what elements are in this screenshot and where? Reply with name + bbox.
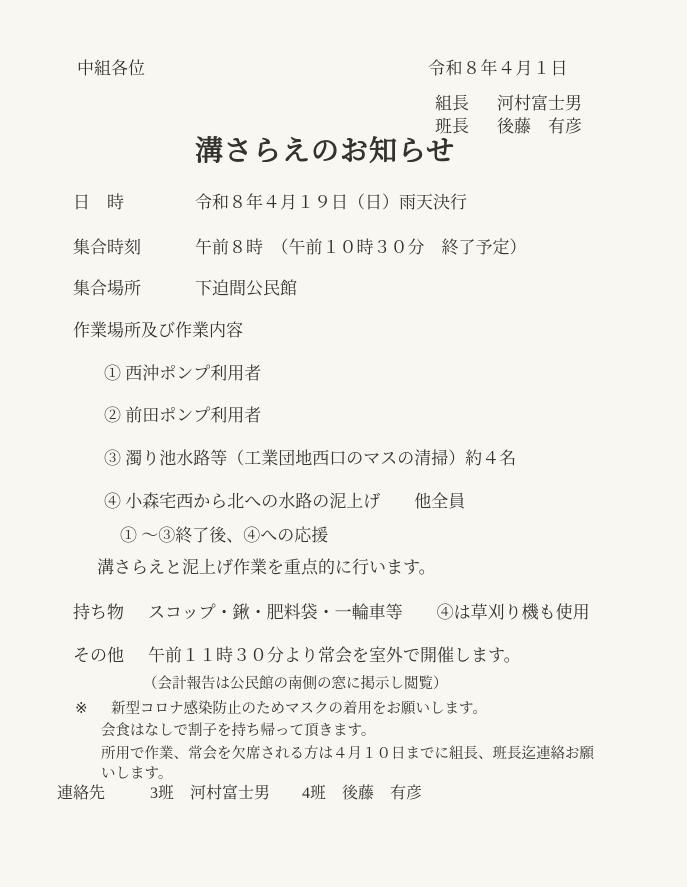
- detail-value: 午前８時 （午前１０時３０分 終了予定）: [195, 237, 527, 258]
- other-value: 午前１１時３０分より常会を室外で開催します。: [148, 645, 521, 666]
- work-follow-up-note: ① ～③終了後、④への応援: [120, 525, 328, 546]
- belongings-label: 持ち物: [73, 602, 148, 623]
- work-summary: 溝さらえと泥上げ作業を重点的に行います。: [97, 557, 436, 578]
- work-item-2: ② 前田ポンプ利用者: [104, 405, 261, 426]
- signer-row-hancho: 班長 後藤 有彦: [435, 116, 582, 137]
- recipient: 中組各位: [77, 58, 145, 79]
- remark-absence-line1: 所用で作業、常会を欠席される方は４月１０日までに組長、班長迄連絡お願: [101, 745, 594, 763]
- row-datetime: 日 時 令和８年４月１９日（日）雨天決行: [73, 192, 467, 213]
- row-belongings: 持ち物 スコップ・鍬・肥料袋・一輪車等 ④は草刈り機も使用: [73, 602, 590, 623]
- reference-mark: ※: [75, 700, 111, 719]
- notice-document: 中組各位 令和８年４月１日 組長 河村富士男 班長 後藤 有彦 溝さらえのお知ら…: [0, 0, 687, 887]
- work-item-4: ④ 小森宅西から北への水路の泥上げ 他全員: [104, 491, 465, 512]
- remark-covid-text: 新型コロナ感染防止のためマスクの着用をお願いします。: [111, 700, 487, 719]
- remark-covid: ※ 新型コロナ感染防止のためマスクの着用をお願いします。: [75, 700, 487, 719]
- signer-name: 後藤 有彦: [497, 116, 582, 137]
- signer-name: 河村富士男: [497, 93, 582, 114]
- remark-absence-line2: いします。: [101, 765, 172, 783]
- signer-row-kumicho: 組長 河村富士男: [435, 93, 582, 114]
- row-meeting-time: 集合時刻 午前８時 （午前１０時３０分 終了予定）: [73, 237, 527, 258]
- detail-label: 日 時: [73, 192, 195, 213]
- detail-value: 下迫間公民館: [195, 278, 297, 299]
- remark-meal: 会食はなしで割子を持ち帰って頂きます。: [101, 722, 375, 740]
- row-other: その他 午前１１時３０分より常会を室外で開催します。: [73, 645, 521, 666]
- work-item-1: ① 西沖ポンプ利用者: [104, 363, 261, 384]
- contact-value: 3班 河村富士男 4班 後藤 有彦: [150, 784, 422, 804]
- accounting-note: （会計報告は公民館の南側の窓に掲示し閲覧）: [143, 675, 448, 693]
- work-item-3: ③ 濁り池水路等（工業団地西口のマスの清掃）約４名: [104, 448, 516, 469]
- contact-label: 連絡先: [57, 784, 150, 804]
- detail-value: 令和８年４月１９日（日）雨天決行: [195, 192, 467, 213]
- contact-row: 連絡先 3班 河村富士男 4班 後藤 有彦: [57, 784, 422, 804]
- detail-label: 集合時刻: [73, 237, 195, 258]
- signer-role: 組長: [435, 93, 497, 114]
- other-label: その他: [73, 645, 148, 666]
- row-meeting-place: 集合場所 下迫間公民館: [73, 278, 297, 299]
- work-section-heading: 作業場所及び作業内容: [73, 320, 243, 341]
- notice-title: 溝さらえのお知らせ: [195, 134, 455, 169]
- detail-label: 集合場所: [73, 278, 195, 299]
- issue-date: 令和８年４月１日: [428, 58, 568, 79]
- belongings-value: スコップ・鍬・肥料袋・一輪車等 ④は草刈り機も使用: [148, 602, 590, 623]
